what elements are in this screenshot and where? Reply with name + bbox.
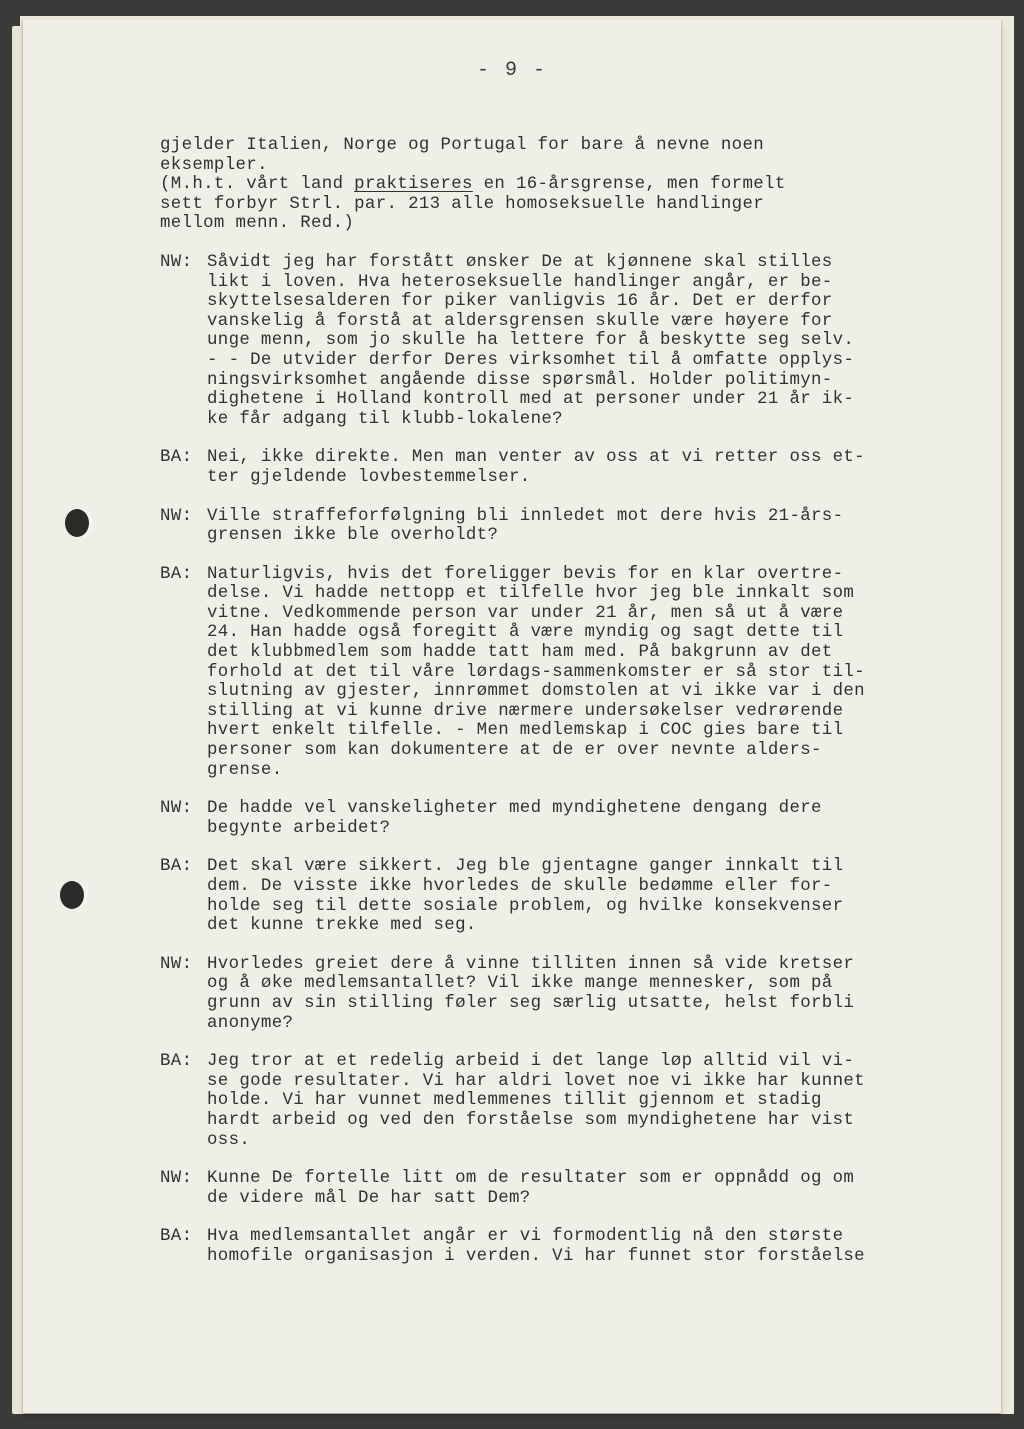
interview-entry: BA: Det skal være sikkert. Jeg ble gjent… [160,857,960,935]
interview-entry: BA: Jeg tror at et redelig arbeid i det … [160,1052,960,1150]
speaker-label: BA: [160,565,207,781]
intro-line: eksempler. [160,156,960,176]
punch-hole-icon [60,881,84,909]
entry-text: De hadde vel vanskeligheter med myndighe… [207,799,822,838]
speaker-label: NW: [160,253,207,429]
entry-text: Såvidt jeg har forstått ønsker De at kjø… [207,253,854,429]
underlined-word: praktiseres [354,175,473,194]
punch-hole-icon [65,509,89,537]
entry-text: Hva medlemsantallet angår er vi formoden… [207,1227,865,1266]
entry-text: Naturligvis, hvis det foreligger bevis f… [207,565,865,781]
interview-entry: NW: Hvorledes greiet dere å vinne tillit… [160,955,960,1033]
typed-page: - 9 - gjelder Italien, Norge og Portugal… [23,19,1001,1413]
entry-text: Kunne De fortelle litt om de resultater … [207,1169,854,1208]
interview-entry: NW: Kunne De fortelle litt om de resulta… [160,1169,960,1208]
speaker-label: NW: [160,1169,207,1208]
speaker-label: BA: [160,448,207,487]
interview-entry: BA: Hva medlemsantallet angår er vi form… [160,1227,960,1266]
interview-entry: NW: Såvidt jeg har forstått ønsker De at… [160,253,960,429]
intro-line: sett forbyr Strl. par. 213 alle homoseks… [160,195,960,215]
interview-entry: BA: Nei, ikke direkte. Men man venter av… [160,448,960,487]
intro-paragraph: gjelder Italien, Norge og Portugal for b… [160,136,960,234]
speaker-label: BA: [160,1052,207,1150]
interview-entry: NW: De hadde vel vanskeligheter med mynd… [160,799,960,838]
entry-text: Nei, ikke direkte. Men man venter av oss… [207,448,865,487]
intro-line: (M.h.t. vårt land praktiseres en 16-årsg… [160,175,960,195]
speaker-label: BA: [160,857,207,935]
speaker-label: NW: [160,799,207,838]
page-number: - 9 - [23,59,1001,82]
speaker-label: NW: [160,955,207,1033]
speaker-label: NW: [160,507,207,546]
speaker-label: BA: [160,1227,207,1266]
entry-text: Det skal være sikkert. Jeg ble gjentagne… [207,857,843,935]
interview-entry: BA: Naturligvis, hvis det foreligger bev… [160,565,960,781]
entry-text: Ville straffeforfølgning bli innledet mo… [207,507,843,546]
entry-text: Jeg tror at et redelig arbeid i det lang… [207,1052,865,1150]
interview-entry: NW: Ville straffeforfølgning bli innlede… [160,507,960,546]
entry-text: Hvorledes greiet dere å vinne tilliten i… [207,955,854,1033]
body-text: gjelder Italien, Norge og Portugal for b… [160,136,960,1267]
intro-line: mellom menn. Red.) [160,214,960,234]
intro-line: gjelder Italien, Norge og Portugal for b… [160,136,960,156]
